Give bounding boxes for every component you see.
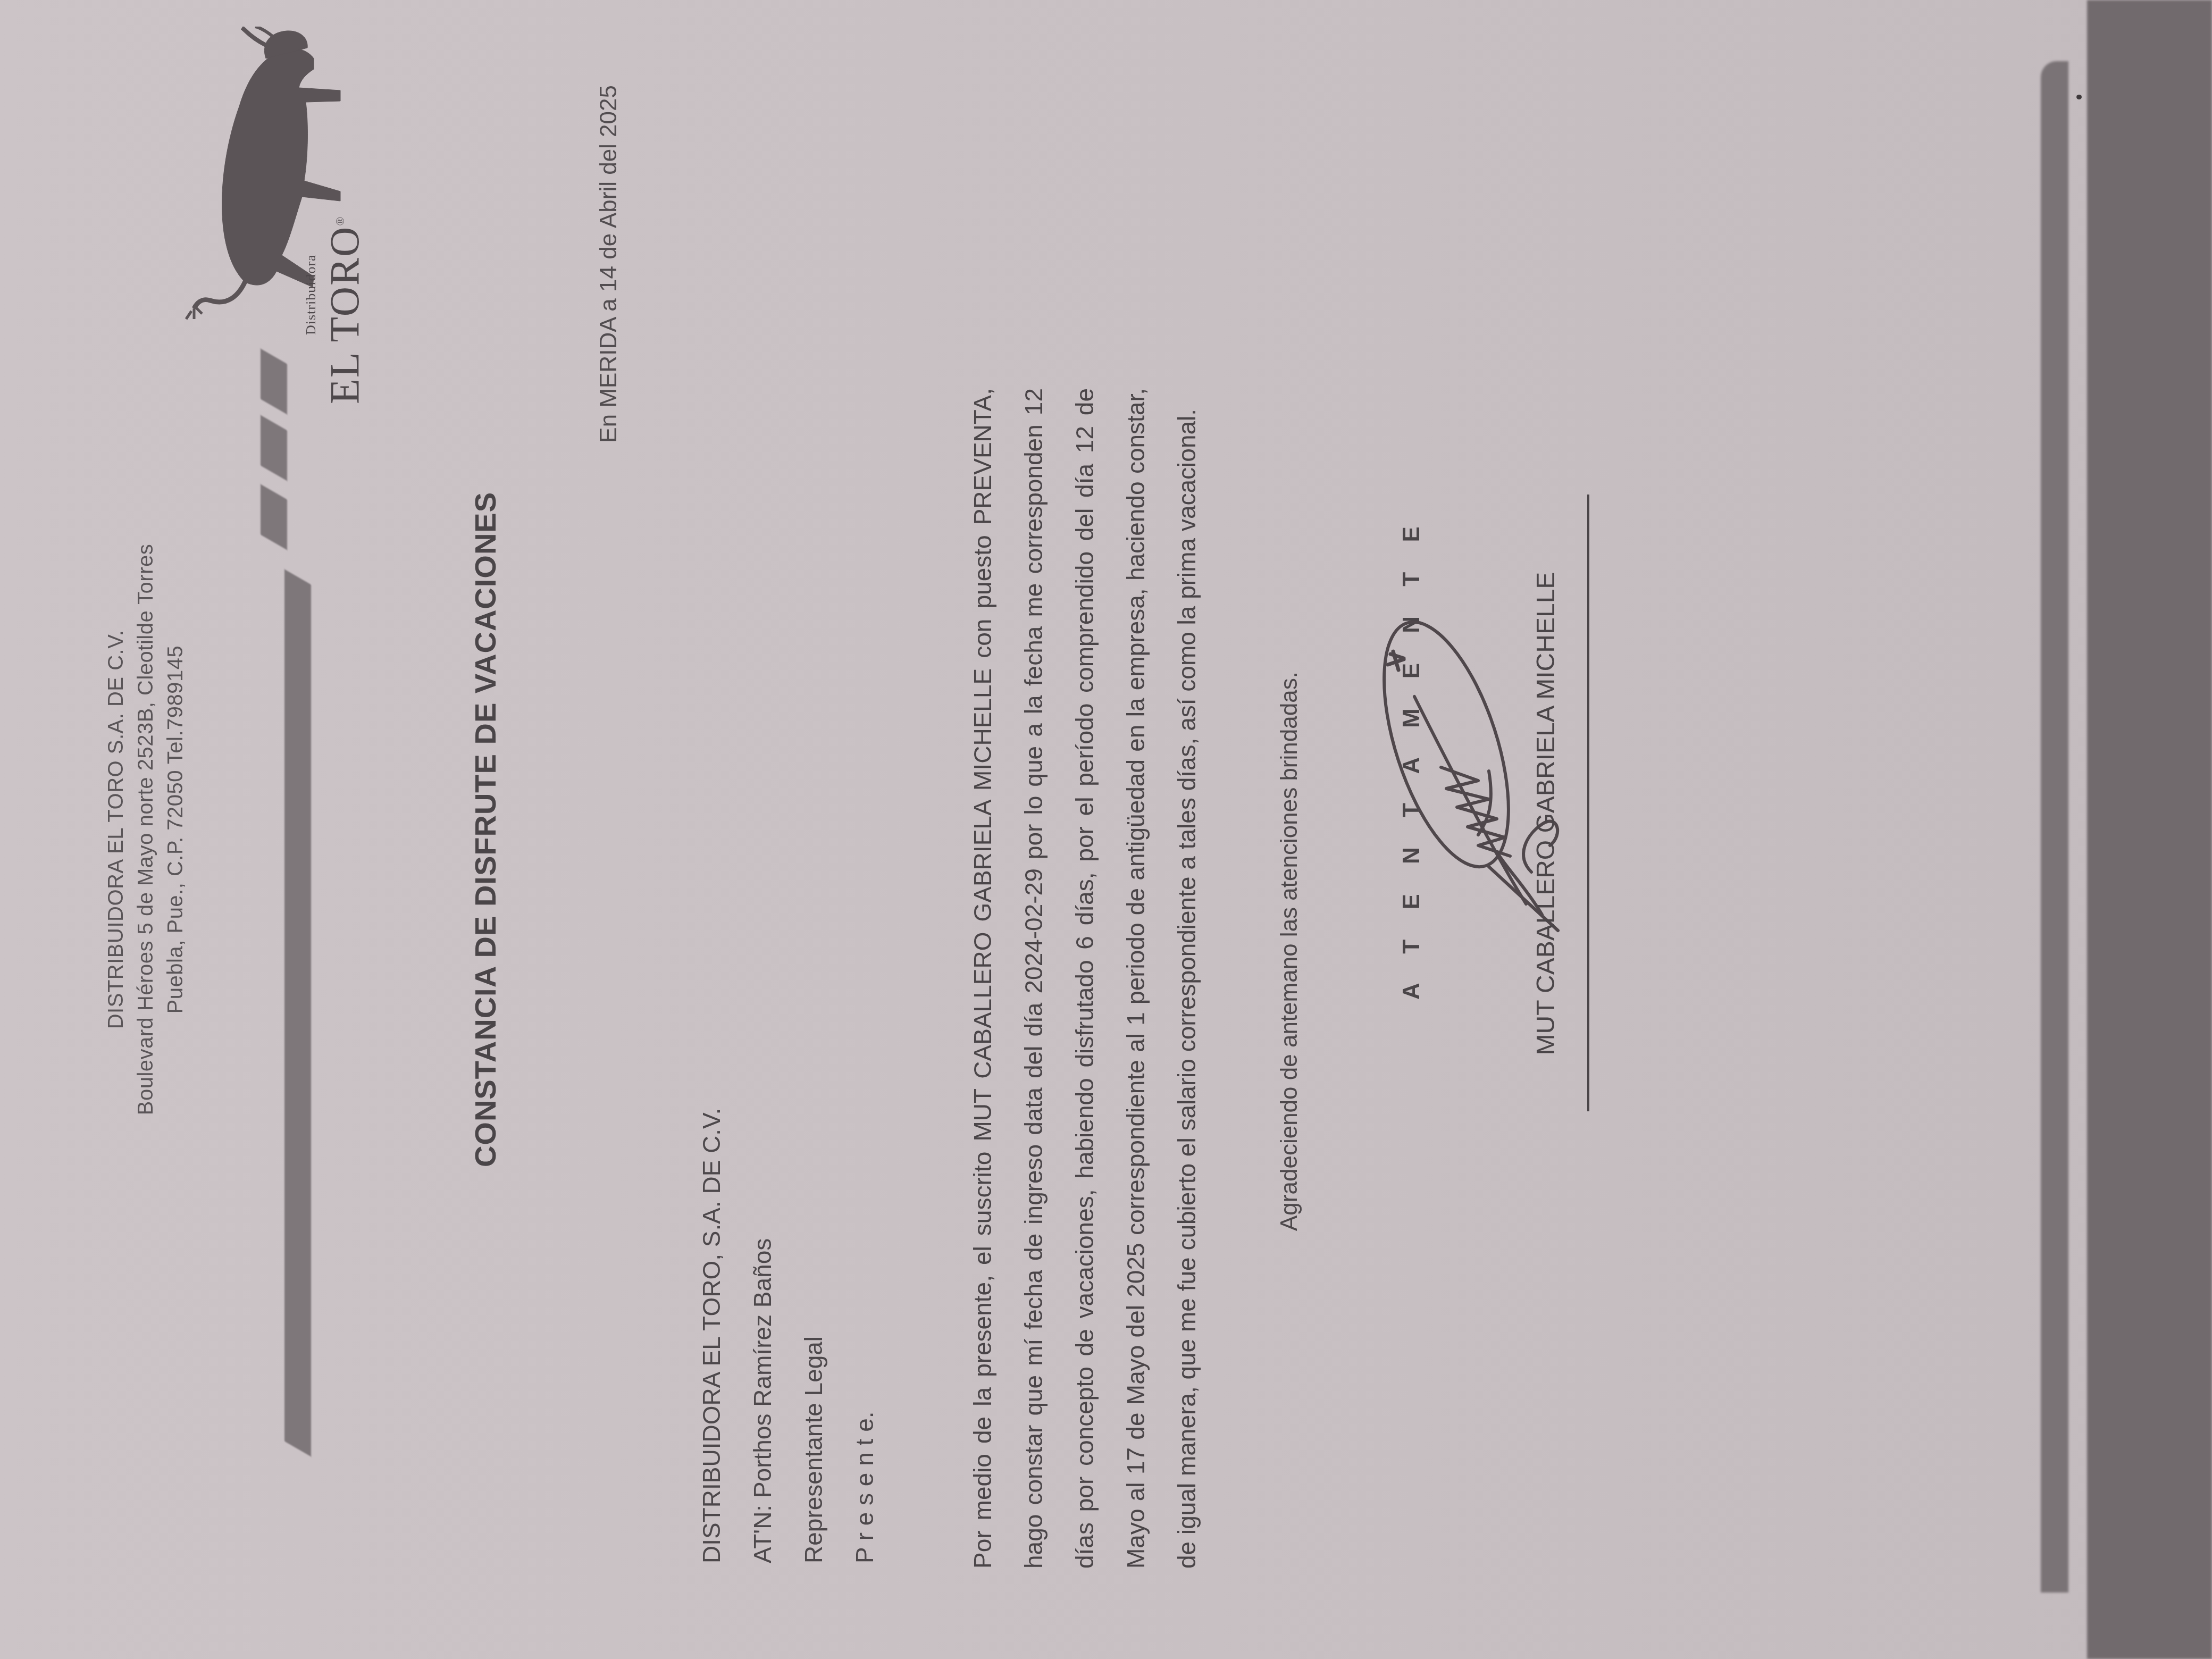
- closing-line: Agradeciendo de antemano las atenciones …: [1276, 672, 1303, 1231]
- addressee-greeting: P r e s e n t e.: [839, 1108, 890, 1563]
- date-line: En MERIDA a 14 de Abril del 2025: [596, 85, 622, 443]
- edge-strip-inner: [2041, 61, 2068, 1593]
- company-header: DISTRIBUIDORA EL TORO S.A. DE C.V. Boule…: [101, 0, 190, 1659]
- photo-frame: DISTRIBUIDORA EL TORO S.A. DE C.V. Boule…: [0, 0, 2212, 1659]
- body-paragraph: Por medio de la presente, el suscrito MU…: [957, 388, 1212, 1569]
- logo-brand-text: EL TORO: [321, 226, 367, 404]
- body-line: hago constar que mí fecha de ingreso dat…: [1008, 388, 1059, 1569]
- decorative-band: [284, 569, 311, 1457]
- signer-name: MUT CABALLERO GABRIELA MICHELLE: [1531, 532, 1561, 1095]
- registered-mark: ®: [333, 216, 347, 226]
- signature-line: [1587, 495, 1589, 1111]
- company-address-line-1: Boulevard Héroes 5 de Mayo norte 2523B, …: [131, 0, 161, 1659]
- handwritten-signature: [1367, 611, 1595, 994]
- addressee-role: Representante Legal: [788, 1108, 839, 1563]
- addressee-company: DISTRIBUIDORA EL TORO, S.A. DE C.V.: [686, 1108, 737, 1563]
- decorative-band-chip: [261, 349, 287, 415]
- decorative-band-chip: [261, 415, 287, 481]
- body-line: Por medio de la presente, el suscrito MU…: [957, 388, 1008, 1569]
- addressee-block: DISTRIBUIDORA EL TORO, S.A. DE C.V. AT'N…: [686, 1108, 890, 1563]
- edge-dot: [2076, 95, 2082, 99]
- addressee-attention: AT'N: Porthos Ramírez Baños: [737, 1108, 788, 1563]
- document-title: CONSTANCIA DE DISFRUTE DE VACACIONES: [468, 0, 502, 1659]
- body-line: de igual manera, que me fue cubierto el …: [1161, 388, 1212, 1569]
- logo-subtitle: Distribuidora: [303, 213, 319, 335]
- body-line: Mayo al 17 de Mayo del 2025 correspondie…: [1110, 388, 1161, 1569]
- body-line: días por concepto de vacaciones, habiend…: [1059, 388, 1110, 1569]
- edge-strip-outer: [2087, 0, 2212, 1659]
- logo-brand-name: EL TORO®: [319, 213, 366, 404]
- letter-page: DISTRIBUIDORA EL TORO S.A. DE C.V. Boule…: [0, 0, 2212, 1659]
- company-name: DISTRIBUIDORA EL TORO S.A. DE C.V.: [101, 0, 131, 1659]
- logo-brand: Distribuidora EL TORO®: [303, 213, 366, 404]
- decorative-band-chip: [261, 484, 287, 550]
